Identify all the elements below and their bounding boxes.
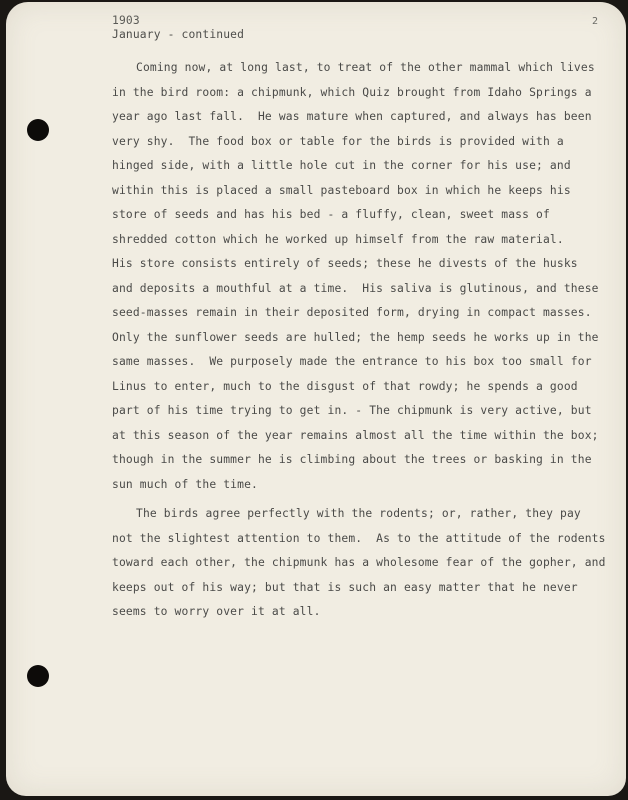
text-line: His store consists entirely of seeds; th…: [112, 252, 612, 277]
text-line: Coming now, at long last, to treat of th…: [112, 56, 612, 81]
text-line: store of seeds and has his bed - a fluff…: [112, 203, 612, 228]
text-line: and deposits a mouthful at a time. His s…: [112, 277, 612, 302]
text-line: hinged side, with a little hole cut in t…: [112, 154, 612, 179]
text-line: in the bird room: a chipmunk, which Quiz…: [112, 81, 612, 106]
text-line: within this is placed a small pasteboard…: [112, 179, 612, 204]
document-body: Coming now, at long last, to treat of th…: [112, 56, 612, 625]
text-line: at this season of the year remains almos…: [112, 424, 612, 449]
paragraph-2: The birds agree perfectly with the roden…: [112, 502, 612, 625]
text-line: same masses. We purposely made the entra…: [112, 350, 612, 375]
page-number: 2: [592, 16, 598, 27]
text-line: very shy. The food box or table for the …: [112, 130, 612, 155]
binder-hole-top: [27, 119, 49, 141]
text-line: sun much of the time.: [112, 473, 612, 498]
text-line: Linus to enter, much to the disgust of t…: [112, 375, 612, 400]
text-line: Only the sunflower seeds are hulled; the…: [112, 326, 612, 351]
text-line: seed-masses remain in their deposited fo…: [112, 301, 612, 326]
binder-hole-bottom: [27, 665, 49, 687]
text-line: The birds agree perfectly with the roden…: [112, 502, 612, 527]
text-line: not the slightest attention to them. As …: [112, 527, 612, 552]
text-line: toward each other, the chipmunk has a wh…: [112, 551, 612, 576]
text-line: though in the summer he is climbing abou…: [112, 448, 612, 473]
text-line: seems to worry over it at all.: [112, 600, 612, 625]
paragraph-1: Coming now, at long last, to treat of th…: [112, 56, 612, 497]
header-month: January - continued: [112, 28, 244, 41]
text-line: part of his time trying to get in. - The…: [112, 399, 612, 424]
text-line: shredded cotton which he worked up himse…: [112, 228, 612, 253]
text-line: year ago last fall. He was mature when c…: [112, 105, 612, 130]
header-year: 1903: [112, 14, 140, 27]
typewritten-page: 1903 January - continued 2 Coming now, a…: [6, 2, 626, 796]
text-line: keeps out of his way; but that is such a…: [112, 576, 612, 601]
